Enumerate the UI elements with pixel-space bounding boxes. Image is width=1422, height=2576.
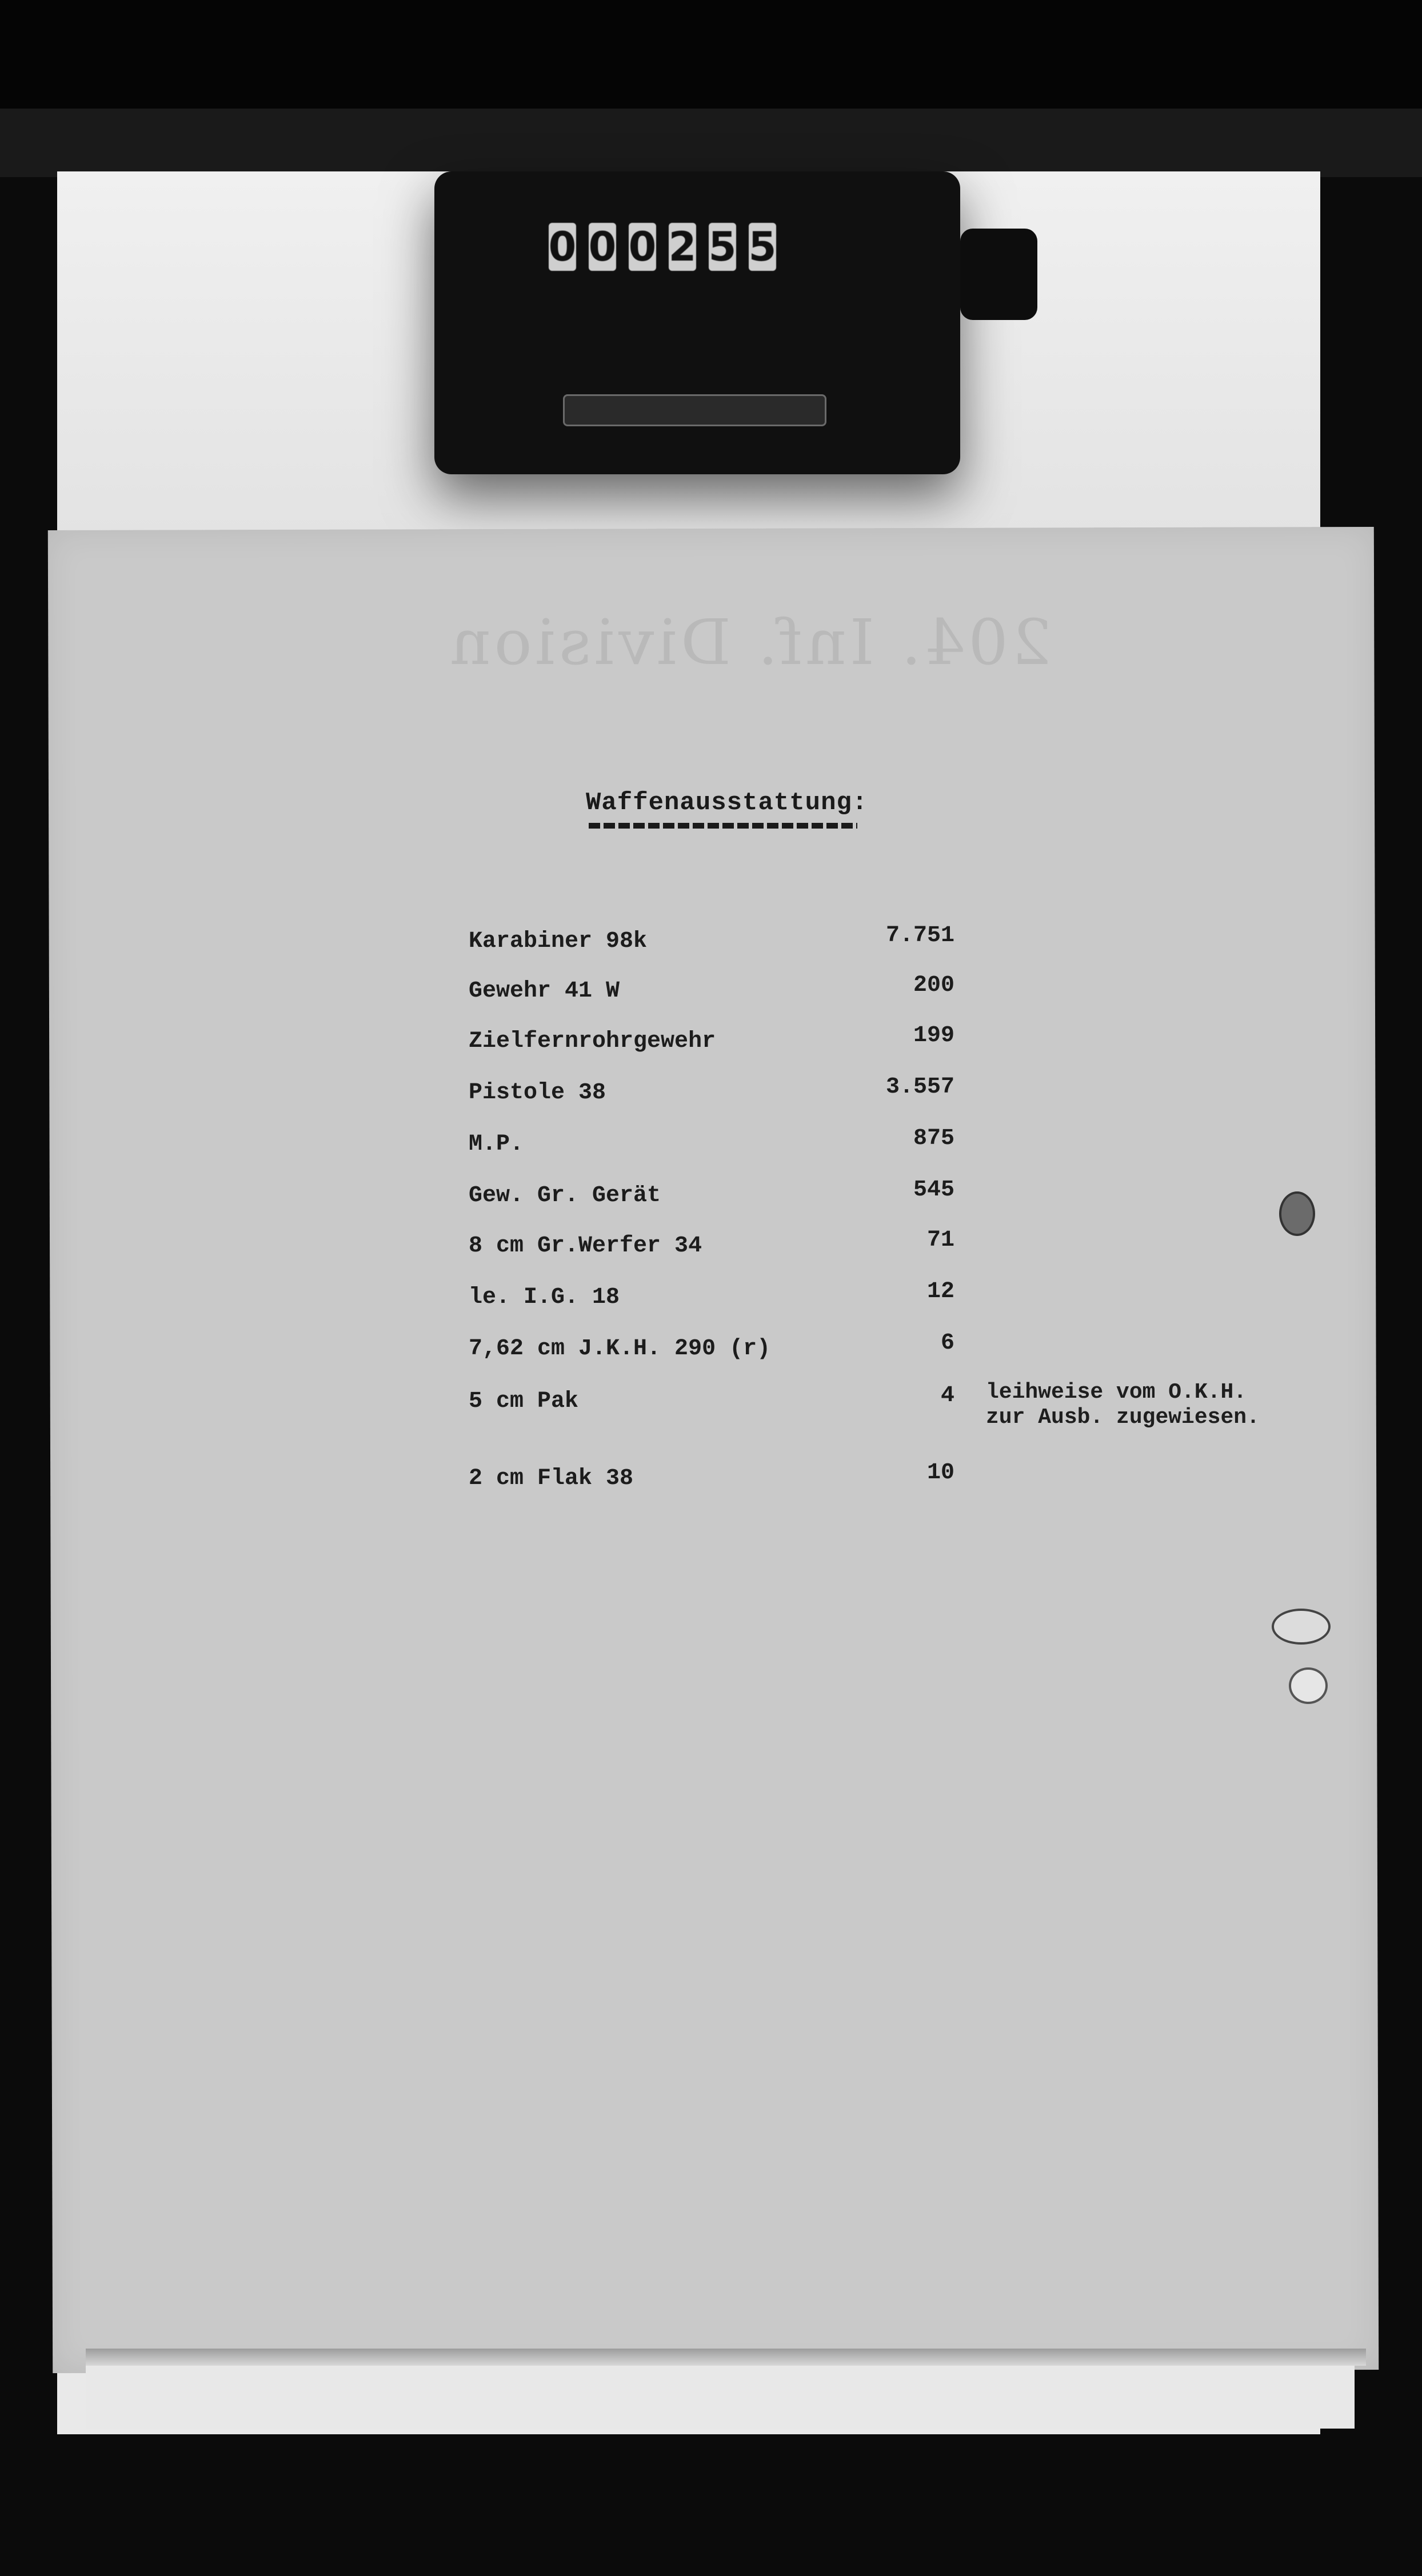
- film-border-strip: [0, 109, 1422, 177]
- remark-line: leihweise vom O.K.H.: [986, 1380, 1260, 1405]
- item-label: 7,62 cm J.K.H. 290 (r): [469, 1336, 770, 1362]
- torn-page-edge: [86, 2349, 1366, 2366]
- item-label: Pistole 38: [469, 1080, 606, 1106]
- frame-counter-device: [434, 171, 960, 474]
- item-quantity: 4: [941, 1383, 954, 1409]
- inventory-row: 8 cm Gr.Werfer 34 71: [469, 1233, 954, 1267]
- loan-remark: leihweise vom O.K.H. zur Ausb. zugewiese…: [986, 1380, 1260, 1430]
- counter-digit: 5: [749, 223, 776, 271]
- item-label: Gew. Gr. Gerät: [469, 1183, 661, 1209]
- item-label: Gewehr 41 W: [469, 978, 620, 1004]
- item-quantity: 6: [941, 1330, 954, 1356]
- item-label: Zielfernrohrgewehr: [469, 1029, 716, 1054]
- punch-hole-torn: [1272, 1609, 1331, 1645]
- page-title: Waffenausstattung:: [586, 789, 868, 817]
- counter-knob: [960, 229, 1037, 320]
- item-label: 5 cm Pak: [469, 1389, 578, 1414]
- film-border-top: [0, 0, 1422, 109]
- inventory-row: Gew. Gr. Gerät 545: [469, 1183, 954, 1217]
- item-quantity: 10: [927, 1460, 954, 1486]
- item-quantity: 7.751: [886, 923, 954, 949]
- inventory-row: Gewehr 41 W 200: [469, 978, 954, 1013]
- punch-hole: [1289, 1667, 1328, 1704]
- bleed-through-header: 204. Inf. Division: [366, 606, 1052, 674]
- inventory-row: 2 cm Flak 38 10: [469, 1466, 954, 1500]
- counter-digit: 0: [549, 223, 576, 271]
- item-label: 2 cm Flak 38: [469, 1466, 633, 1491]
- item-label: 8 cm Gr.Werfer 34: [469, 1233, 702, 1259]
- remark-line: zur Ausb. zugewiesen.: [986, 1405, 1260, 1430]
- backing-card-bottom: [86, 2366, 1355, 2429]
- item-quantity: 875: [913, 1126, 954, 1151]
- inventory-row: Zielfernrohrgewehr 199: [469, 1029, 954, 1063]
- counter-nameplate: [563, 394, 826, 426]
- punch-hole-torn: [1279, 1191, 1315, 1236]
- item-quantity: 12: [927, 1279, 954, 1305]
- item-label: le. I.G. 18: [469, 1285, 620, 1310]
- item-label: Karabiner 98k: [469, 929, 647, 954]
- item-quantity: 199: [913, 1023, 954, 1049]
- inventory-row: Karabiner 98k 7.751: [469, 929, 954, 963]
- inventory-row: 5 cm Pak 4: [469, 1389, 954, 1423]
- title-underline: [589, 823, 857, 829]
- item-label: M.P.: [469, 1131, 524, 1157]
- inventory-row: 7,62 cm J.K.H. 290 (r) 6: [469, 1336, 954, 1370]
- counter-digit: 0: [629, 223, 656, 271]
- item-quantity: 71: [927, 1227, 954, 1253]
- item-quantity: 3.557: [886, 1074, 954, 1100]
- inventory-row: le. I.G. 18 12: [469, 1285, 954, 1319]
- inventory-row: M.P. 875: [469, 1131, 954, 1166]
- counter-digit: 0: [589, 223, 616, 271]
- counter-digit: 2: [669, 223, 696, 271]
- counter-digit: 5: [709, 223, 736, 271]
- item-quantity: 545: [913, 1177, 954, 1203]
- inventory-row: Pistole 38 3.557: [469, 1080, 954, 1114]
- item-quantity: 200: [913, 973, 954, 998]
- frame-counter-digits: 0 0 0 2 5 5: [549, 223, 776, 271]
